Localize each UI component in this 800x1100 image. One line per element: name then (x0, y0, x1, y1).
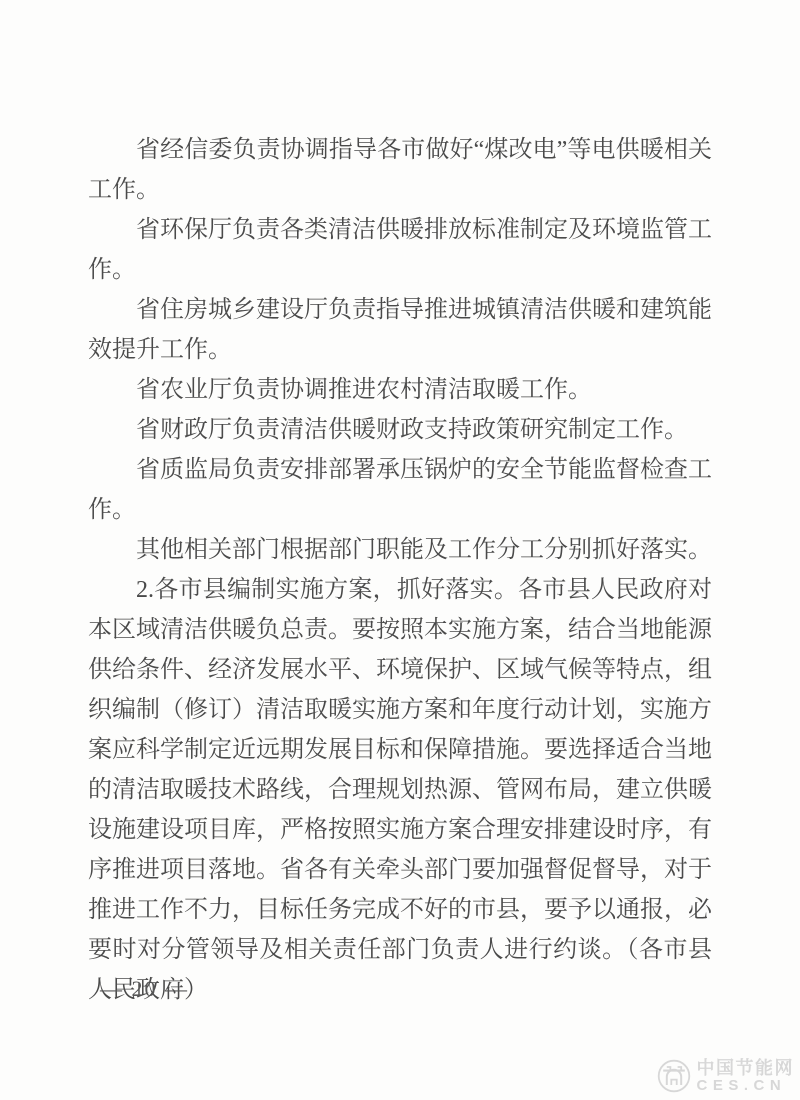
page-number-text: — 20 — (100, 976, 189, 1001)
paragraph-zhufang-jianshe: 省住房城乡建设厅负责指导推进城镇清洁供暖和建筑能效提升工作。 (88, 290, 712, 370)
watermark-site-name: 中国节能网 (697, 1059, 795, 1078)
ces-logo-icon (656, 1058, 692, 1094)
document-page: 省经信委负责协调指导各市做好“煤改电”等电供暖相关工作。 省环保厅负责各类清洁供… (0, 0, 800, 1100)
document-body: 省经信委负责协调指导各市做好“煤改电”等电供暖相关工作。 省环保厅负责各类清洁供… (88, 130, 712, 1010)
watermark-text: 中国节能网 CES.CN (697, 1059, 795, 1094)
paragraph-zhijianju: 省质监局负责安排部署承压锅炉的安全节能监督检查工作。 (88, 450, 712, 530)
paragraph-other-departments: 其他相关部门根据部门职能及工作分工分别抓好落实。 (88, 530, 712, 570)
paragraph-huanbaoting: 省环保厅负责各类清洁供暖排放标准制定及环境监管工作。 (88, 210, 712, 290)
paragraph-city-county-plans: 2.各市县编制实施方案，抓好落实。各市县人民政府对本区域清洁供暖负总责。要按照本… (88, 570, 712, 1010)
paragraph-nongyeting: 省农业厅负责协调推进农村清洁取暖工作。 (88, 370, 712, 410)
paragraph-caizhengting: 省财政厅负责清洁供暖财政支持政策研究制定工作。 (88, 410, 712, 450)
page-number: — 20 — (100, 974, 189, 1004)
watermark-site-domain: CES.CN (697, 1078, 795, 1094)
watermark: 中国节能网 CES.CN (656, 1058, 795, 1094)
paragraph-jingxinwei: 省经信委负责协调指导各市做好“煤改电”等电供暖相关工作。 (88, 130, 712, 210)
